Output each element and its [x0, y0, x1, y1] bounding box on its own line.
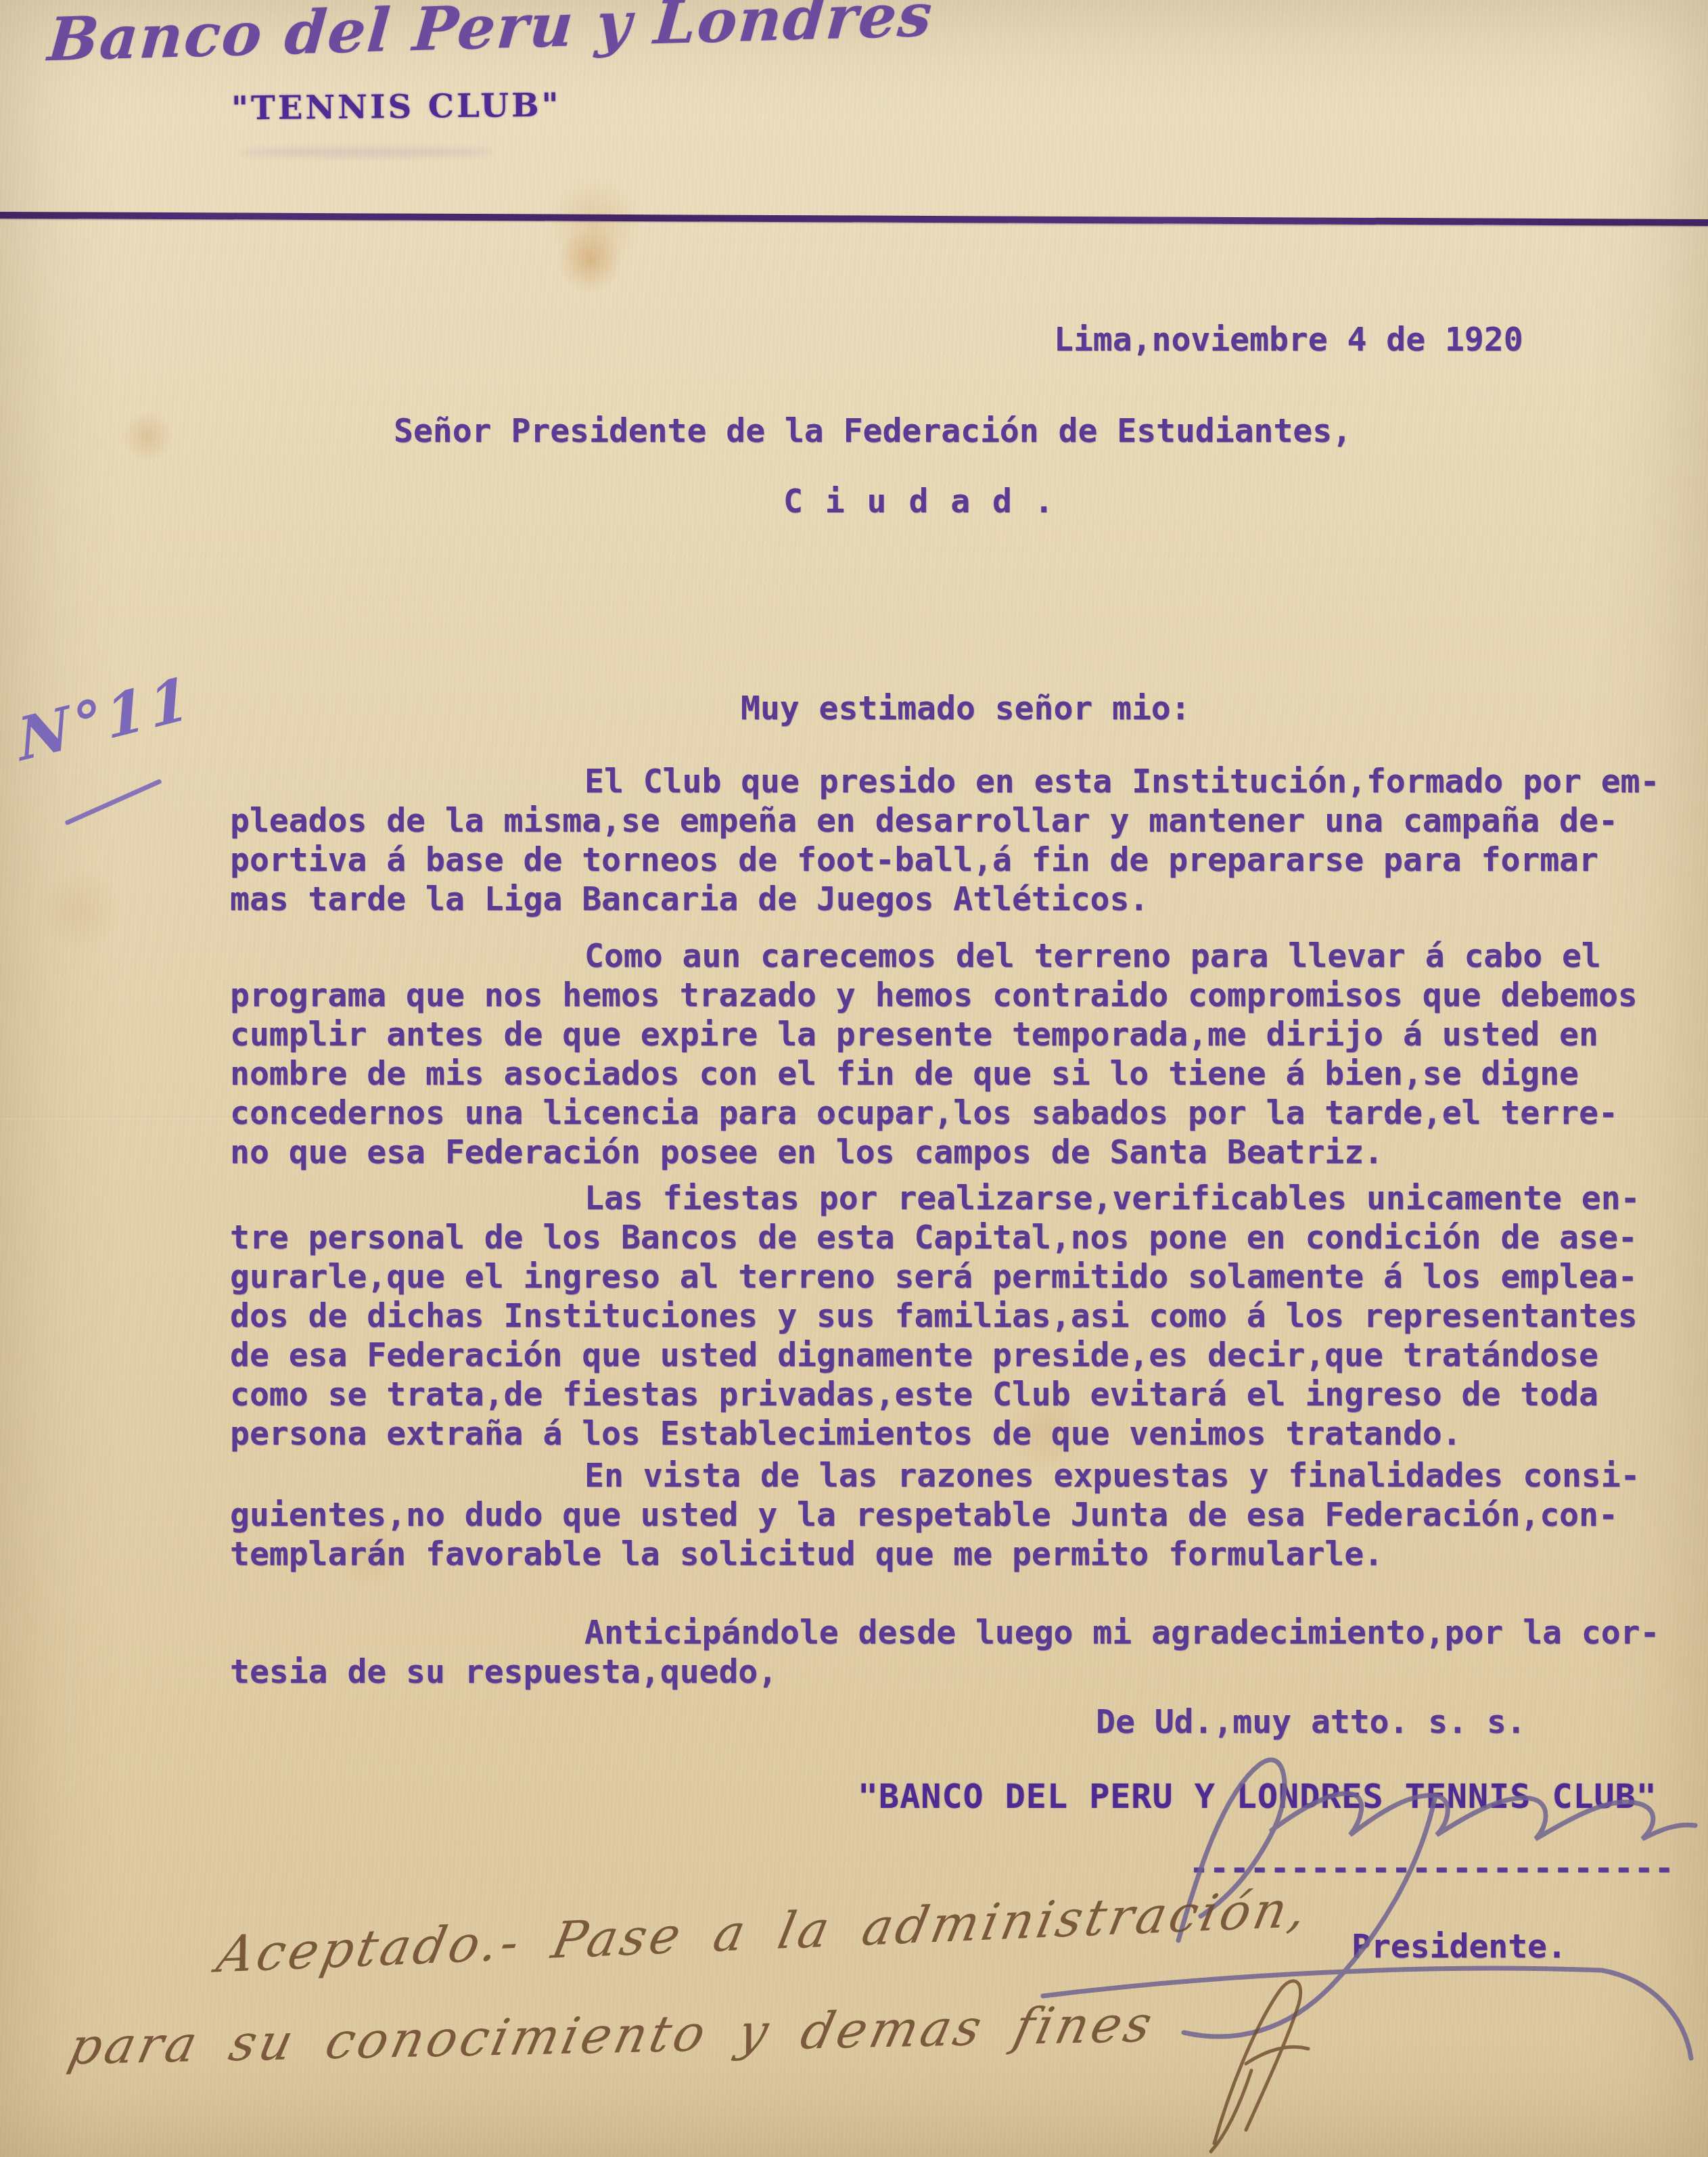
- salutation: Muy estimado señor mio:: [741, 689, 1191, 728]
- recipient-city: C i u d a d .: [783, 482, 1055, 521]
- body-paragraph-5: Anticipándole desde luego mi agradecimie…: [230, 1613, 1678, 1691]
- recipient-line: Señor Presidente de la Federación de Est…: [394, 411, 1352, 451]
- letterhead-bank-name: Banco del Peru y Londres: [46, 0, 936, 72]
- margin-filing-number: N°11: [15, 663, 196, 775]
- stamp-residue-mark: [238, 147, 495, 157]
- letterhead-club-stamp: "TENNIS CLUB": [231, 86, 561, 127]
- body-paragraph-4: En vista de las razones expuestas y fina…: [230, 1456, 1678, 1574]
- letterhead-rule: [0, 212, 1708, 226]
- annotation-initials-cross: [1246, 2047, 1308, 2064]
- body-paragraph-1: El Club que presido en esta Institución,…: [230, 762, 1678, 919]
- annotation-line-2: para su conocimiento y demas fines: [64, 1999, 1159, 2072]
- valediction: De Ud.,muy atto. s. s.: [1096, 1702, 1526, 1742]
- body-paragraph-2: Como aun carecemos del terreno para llev…: [230, 936, 1678, 1172]
- letter-page: Banco del Peru y Londres "TENNIS CLUB" L…: [0, 0, 1708, 2157]
- annotation-initials-stroke: [1214, 1981, 1301, 2143]
- date-line: Lima,noviembre 4 de 1920: [1054, 320, 1523, 359]
- annotation-line-1: Aceptado.- Pase a la administración,: [213, 1884, 1314, 1980]
- closing-organization: "BANCO DEL PERU Y LONDRES TENNIS CLUB": [858, 1777, 1657, 1816]
- annotation-initials-tail: [1211, 2070, 1251, 2152]
- body-paragraph-3: Las fiestas por realizarse,verificables …: [230, 1179, 1678, 1453]
- margin-note-underline: [64, 779, 162, 825]
- signer-title: Presidente.: [1352, 1927, 1567, 1966]
